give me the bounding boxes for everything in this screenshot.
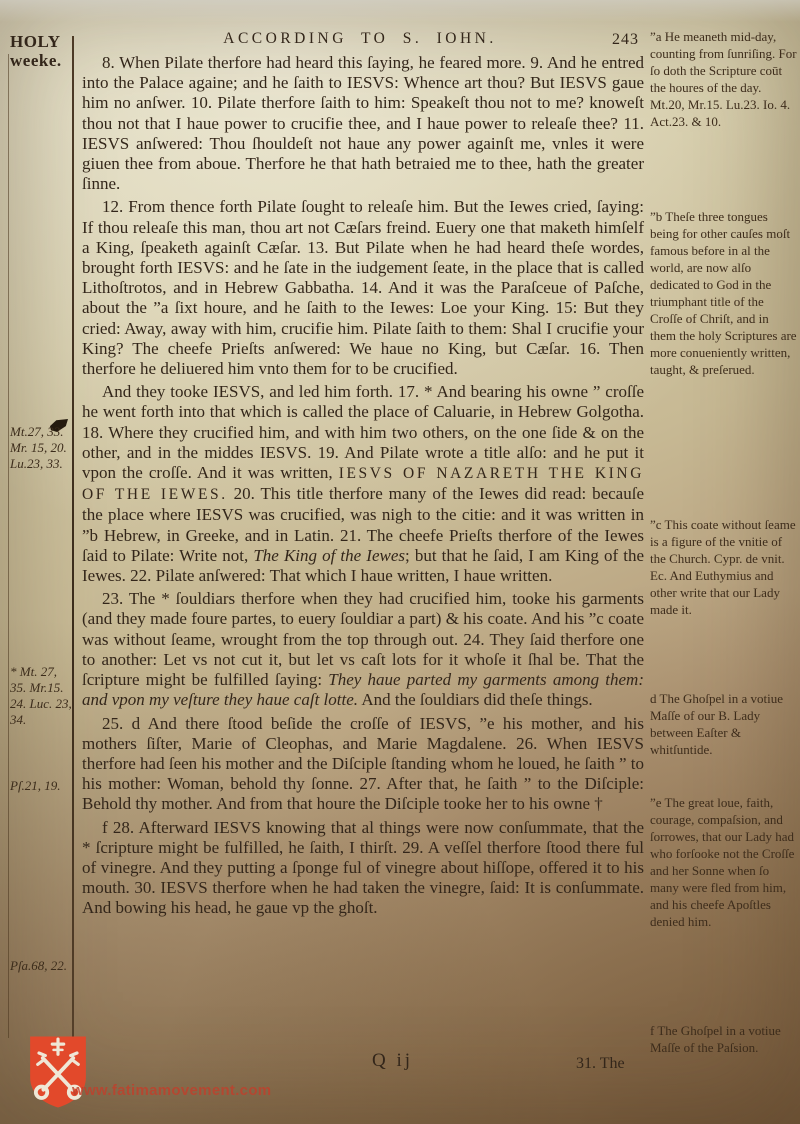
annotation-a-sixt-houre: ”a He meaneth mid-day, counting from ſun…	[650, 28, 798, 130]
margin-ref-psalm-68: Pſa.68, 22.	[10, 958, 72, 974]
paragraph-verses-28-30: f 28. Afterward IESVS knowing that al th…	[82, 818, 644, 919]
quoted-inscription: The King of the Iewes	[253, 546, 405, 565]
paragraph-verses-17-22: And they tooke IESVS, and led him forth.…	[82, 382, 644, 586]
paragraph-verses-8-11: 8. When Pilate therfore had heard this ſ…	[82, 53, 644, 194]
catchword: 31. The	[576, 1055, 625, 1073]
paragraph-verses-12-16: 12. From thence forth Pilate ſought to r…	[82, 197, 644, 379]
paragraph-verses-23-24: 23. The * ſouldiars therfore when they h…	[82, 589, 644, 710]
scanned-book-page: HOLY weeke. ACCORDING TO S. IOHN. 243 8.…	[0, 0, 800, 1124]
margin-ref-crucifixion: Mt.27, 33. Mr. 15, 20. Lu.23, 33.	[10, 424, 72, 472]
column-rule	[72, 36, 74, 1044]
margin-rule	[8, 54, 9, 1038]
paragraph-verses-25-27: 25. d And there ſtood beſide the croſſe …	[82, 714, 644, 815]
main-text-column: 8. When Pilate therfore had heard this ſ…	[82, 53, 644, 922]
verse-text: And the ſouldiars did theſe things.	[358, 690, 593, 709]
signature-mark: Q ij	[372, 1050, 413, 1072]
scan-edge	[0, 0, 800, 22]
page-number: 243	[612, 31, 639, 49]
running-header: HOLY weeke.	[10, 32, 70, 70]
annotation-f-masse-passion: f The Ghoſpel in a votiue Maſſe of the P…	[650, 1022, 798, 1056]
margin-ref-garments: * Mt. 27, 35. Mr.15. 24. Luc. 23, 34.	[10, 664, 72, 728]
annotation-c-coate: ”c This coate without ſeame is a figure …	[650, 516, 798, 618]
annotation-e-our-lady: ”e The great loue, faith, courage, compa…	[650, 794, 798, 930]
margin-ref-psalm-21: Pſ.21, 19.	[10, 778, 72, 794]
annotation-b-three-tongues: ”b Theſe three tongues being for other c…	[650, 208, 798, 378]
annotation-d-votiue-masse: d The Ghoſpel in a votiue Maſſe of our B…	[650, 690, 798, 758]
page-title: ACCORDING TO S. IOHN.	[120, 30, 600, 48]
watermark-url: www.fatimamovement.com	[72, 1082, 271, 1099]
